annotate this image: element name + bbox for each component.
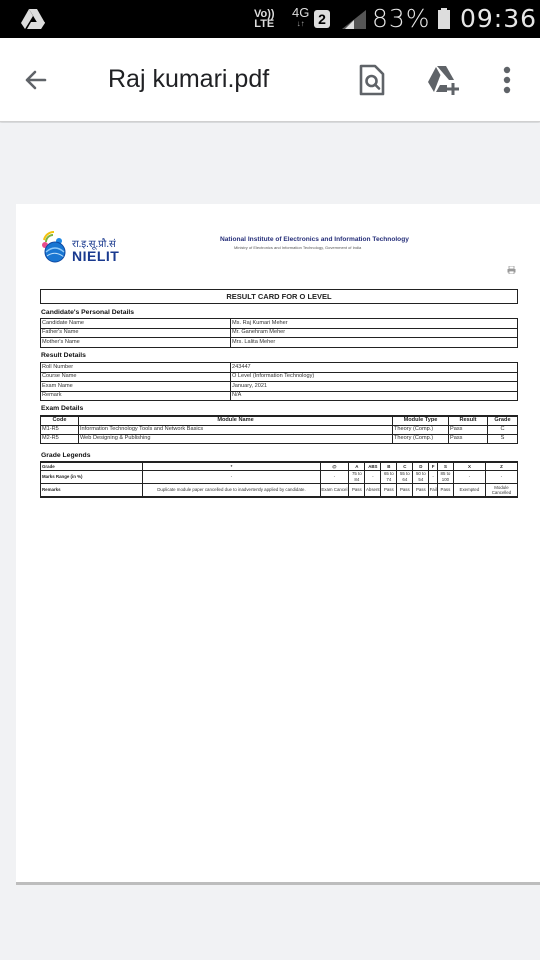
grade-row: Grade*@AABSBCDFSXZ — [41, 462, 518, 470]
module-result: Pass — [449, 434, 488, 443]
legend-cell: - — [485, 470, 517, 483]
module-code: M1-R5 — [41, 425, 79, 434]
pdf-page: रा.इ.सू.प्रौ.सं NIELIT National Institut… — [16, 204, 540, 885]
print-icon[interactable] — [507, 266, 516, 274]
module-type: Theory (Comp.) — [393, 434, 449, 443]
grade-legends-heading: Grade Legends — [41, 452, 90, 459]
module-code: M2-R5 — [41, 434, 79, 443]
table-row: Mother's NameMrs. Lalita Meher — [41, 338, 518, 348]
find-in-document-icon[interactable] — [354, 62, 390, 98]
legend-cell: C — [397, 462, 413, 470]
field-value: January, 2021 — [231, 382, 518, 392]
battery-percent: 83% — [372, 5, 431, 33]
module-name: Web Designing & Publishing — [79, 434, 393, 443]
legend-cell: Pass — [381, 483, 397, 497]
legend-cell: * — [143, 462, 320, 470]
legend-cell: 65 to 74 — [381, 470, 397, 483]
row-label: Marks Range (in %) — [41, 470, 143, 483]
legend-cell: - — [429, 470, 438, 483]
legend-cell: Module Cancelled — [485, 483, 517, 497]
legend-cell: 75 to 84 — [349, 470, 365, 483]
back-arrow-icon[interactable] — [18, 62, 54, 98]
result-details-table: Roll Number243447Course NameO Level (Inf… — [40, 362, 518, 401]
row-label: Grade — [41, 462, 143, 470]
more-vert-icon[interactable] — [489, 62, 525, 98]
table-row: M1-R5Information Technology Tools and Ne… — [41, 425, 518, 434]
marks-range-row: Marks Range (in %)--75 to 84-65 to 7455 … — [41, 470, 518, 483]
field-label: Father's Name — [41, 328, 231, 338]
legend-cell: Duplicate module paper cancelled due to … — [143, 483, 320, 497]
signal-strength-icon — [342, 10, 366, 29]
table-row: Exam NameJanuary, 2021 — [41, 382, 518, 392]
field-label: Candidate Name — [41, 319, 231, 329]
exam-details-table: CodeModule NameModule TypeResultGrade M1… — [40, 415, 518, 444]
table-row: M2-R5Web Designing & PublishingTheory (C… — [41, 434, 518, 443]
column-header: Code — [41, 416, 79, 425]
result-card-title: RESULT CARD FOR O LEVEL — [40, 289, 518, 304]
org-subtitle: Ministry of Electronics and Information … — [234, 245, 361, 250]
module-grade: S — [488, 434, 518, 443]
legend-cell: D — [413, 462, 429, 470]
personal-details-table: Candidate NameMs. Raj Kumari MeherFather… — [40, 318, 518, 348]
battery-icon — [438, 10, 450, 29]
personal-details-heading: Candidate's Personal Details — [41, 309, 134, 316]
module-grade: C — [488, 425, 518, 434]
legend-cell: Exempted — [453, 483, 485, 497]
field-label: Mother's Name — [41, 338, 231, 348]
field-value: O Level (Information Technology) — [231, 372, 518, 382]
result-details-heading: Result Details — [41, 352, 86, 359]
exam-details-heading: Exam Details — [41, 405, 83, 412]
table-row: Father's NameMr. Ganehram Meher — [41, 328, 518, 338]
legend-cell: - — [320, 470, 349, 483]
module-result: Pass — [449, 425, 488, 434]
module-name: Information Technology Tools and Network… — [79, 425, 393, 434]
legend-cell: @ — [320, 462, 349, 470]
table-row: RemarkN/A — [41, 391, 518, 401]
network-type: 4G ↓↑ — [292, 7, 309, 28]
legend-cell: X — [453, 462, 485, 470]
field-label: Remark — [41, 391, 231, 401]
legend-cell: A — [349, 462, 365, 470]
table-row: Candidate NameMs. Raj Kumari Meher — [41, 319, 518, 329]
legend-cell: F — [429, 462, 438, 470]
field-label: Roll Number — [41, 363, 231, 373]
field-value: 243447 — [231, 363, 518, 373]
volte-indicator: Vo)) LTE — [254, 9, 275, 29]
legend-cell: - — [143, 470, 320, 483]
google-drive-icon — [21, 9, 45, 29]
legend-cell: Pass — [397, 483, 413, 497]
legend-cell: 85 to 100 — [437, 470, 453, 483]
legend-cell: 50 to 54 — [413, 470, 429, 483]
legend-cell: Pass — [349, 483, 365, 497]
table-row: Roll Number243447 — [41, 363, 518, 373]
field-value: Ms. Raj Kumari Meher — [231, 319, 518, 329]
field-label: Exam Name — [41, 382, 231, 392]
column-header: Module Type — [393, 416, 449, 425]
legend-cell: 55 to 64 — [397, 470, 413, 483]
column-header: Grade — [488, 416, 518, 425]
field-label: Course Name — [41, 372, 231, 382]
legend-cell: Exam Cancel — [320, 483, 349, 497]
app-bar: Raj kumari.pdf — [0, 38, 540, 122]
legend-cell: ABS — [365, 462, 381, 470]
module-type: Theory (Comp.) — [393, 425, 449, 434]
lte-label: LTE — [254, 19, 275, 29]
document-title: Raj kumari.pdf — [108, 63, 269, 95]
table-row: Course NameO Level (Information Technolo… — [41, 372, 518, 382]
legend-cell: S — [437, 462, 453, 470]
nielit-logo: रा.इ.सू.प्रौ.सं NIELIT — [40, 228, 130, 268]
logo-english-text: NIELIT — [72, 248, 119, 264]
legend-cell: B — [381, 462, 397, 470]
data-activity-icon: ↓↑ — [292, 19, 309, 28]
globe-logo-icon — [40, 230, 70, 264]
legend-cell: - — [365, 470, 381, 483]
row-label: Remarks — [41, 483, 143, 497]
field-value: Mrs. Lalita Meher — [231, 338, 518, 348]
legend-cell: Absent — [365, 483, 381, 497]
legend-cell: Pass — [437, 483, 453, 497]
legend-cell: - — [453, 470, 485, 483]
column-header: Module Name — [79, 416, 393, 425]
legend-cell: Z — [485, 462, 517, 470]
legend-cell: Fail — [429, 483, 438, 497]
sim-slot-badge: 2 — [314, 10, 330, 28]
field-value: N/A — [231, 391, 518, 401]
add-to-drive-icon[interactable] — [424, 62, 460, 98]
column-header: Result — [449, 416, 488, 425]
remarks-row: RemarksDuplicate module paper cancelled … — [41, 483, 518, 497]
field-value: Mr. Ganehram Meher — [231, 328, 518, 338]
legend-cell: Pass — [413, 483, 429, 497]
status-bar: Vo)) LTE 4G ↓↑ 2 83% 09:36 — [0, 0, 540, 38]
network-label: 4G — [292, 5, 309, 20]
clock: 09:36 — [460, 5, 537, 33]
org-title: National Institute of Electronics and In… — [220, 236, 409, 243]
grade-legends-table: Grade*@AABSBCDFSXZMarks Range (in %)--75… — [40, 461, 518, 498]
pdf-viewer[interactable]: रा.इ.सू.प्रौ.सं NIELIT National Institut… — [0, 123, 540, 960]
